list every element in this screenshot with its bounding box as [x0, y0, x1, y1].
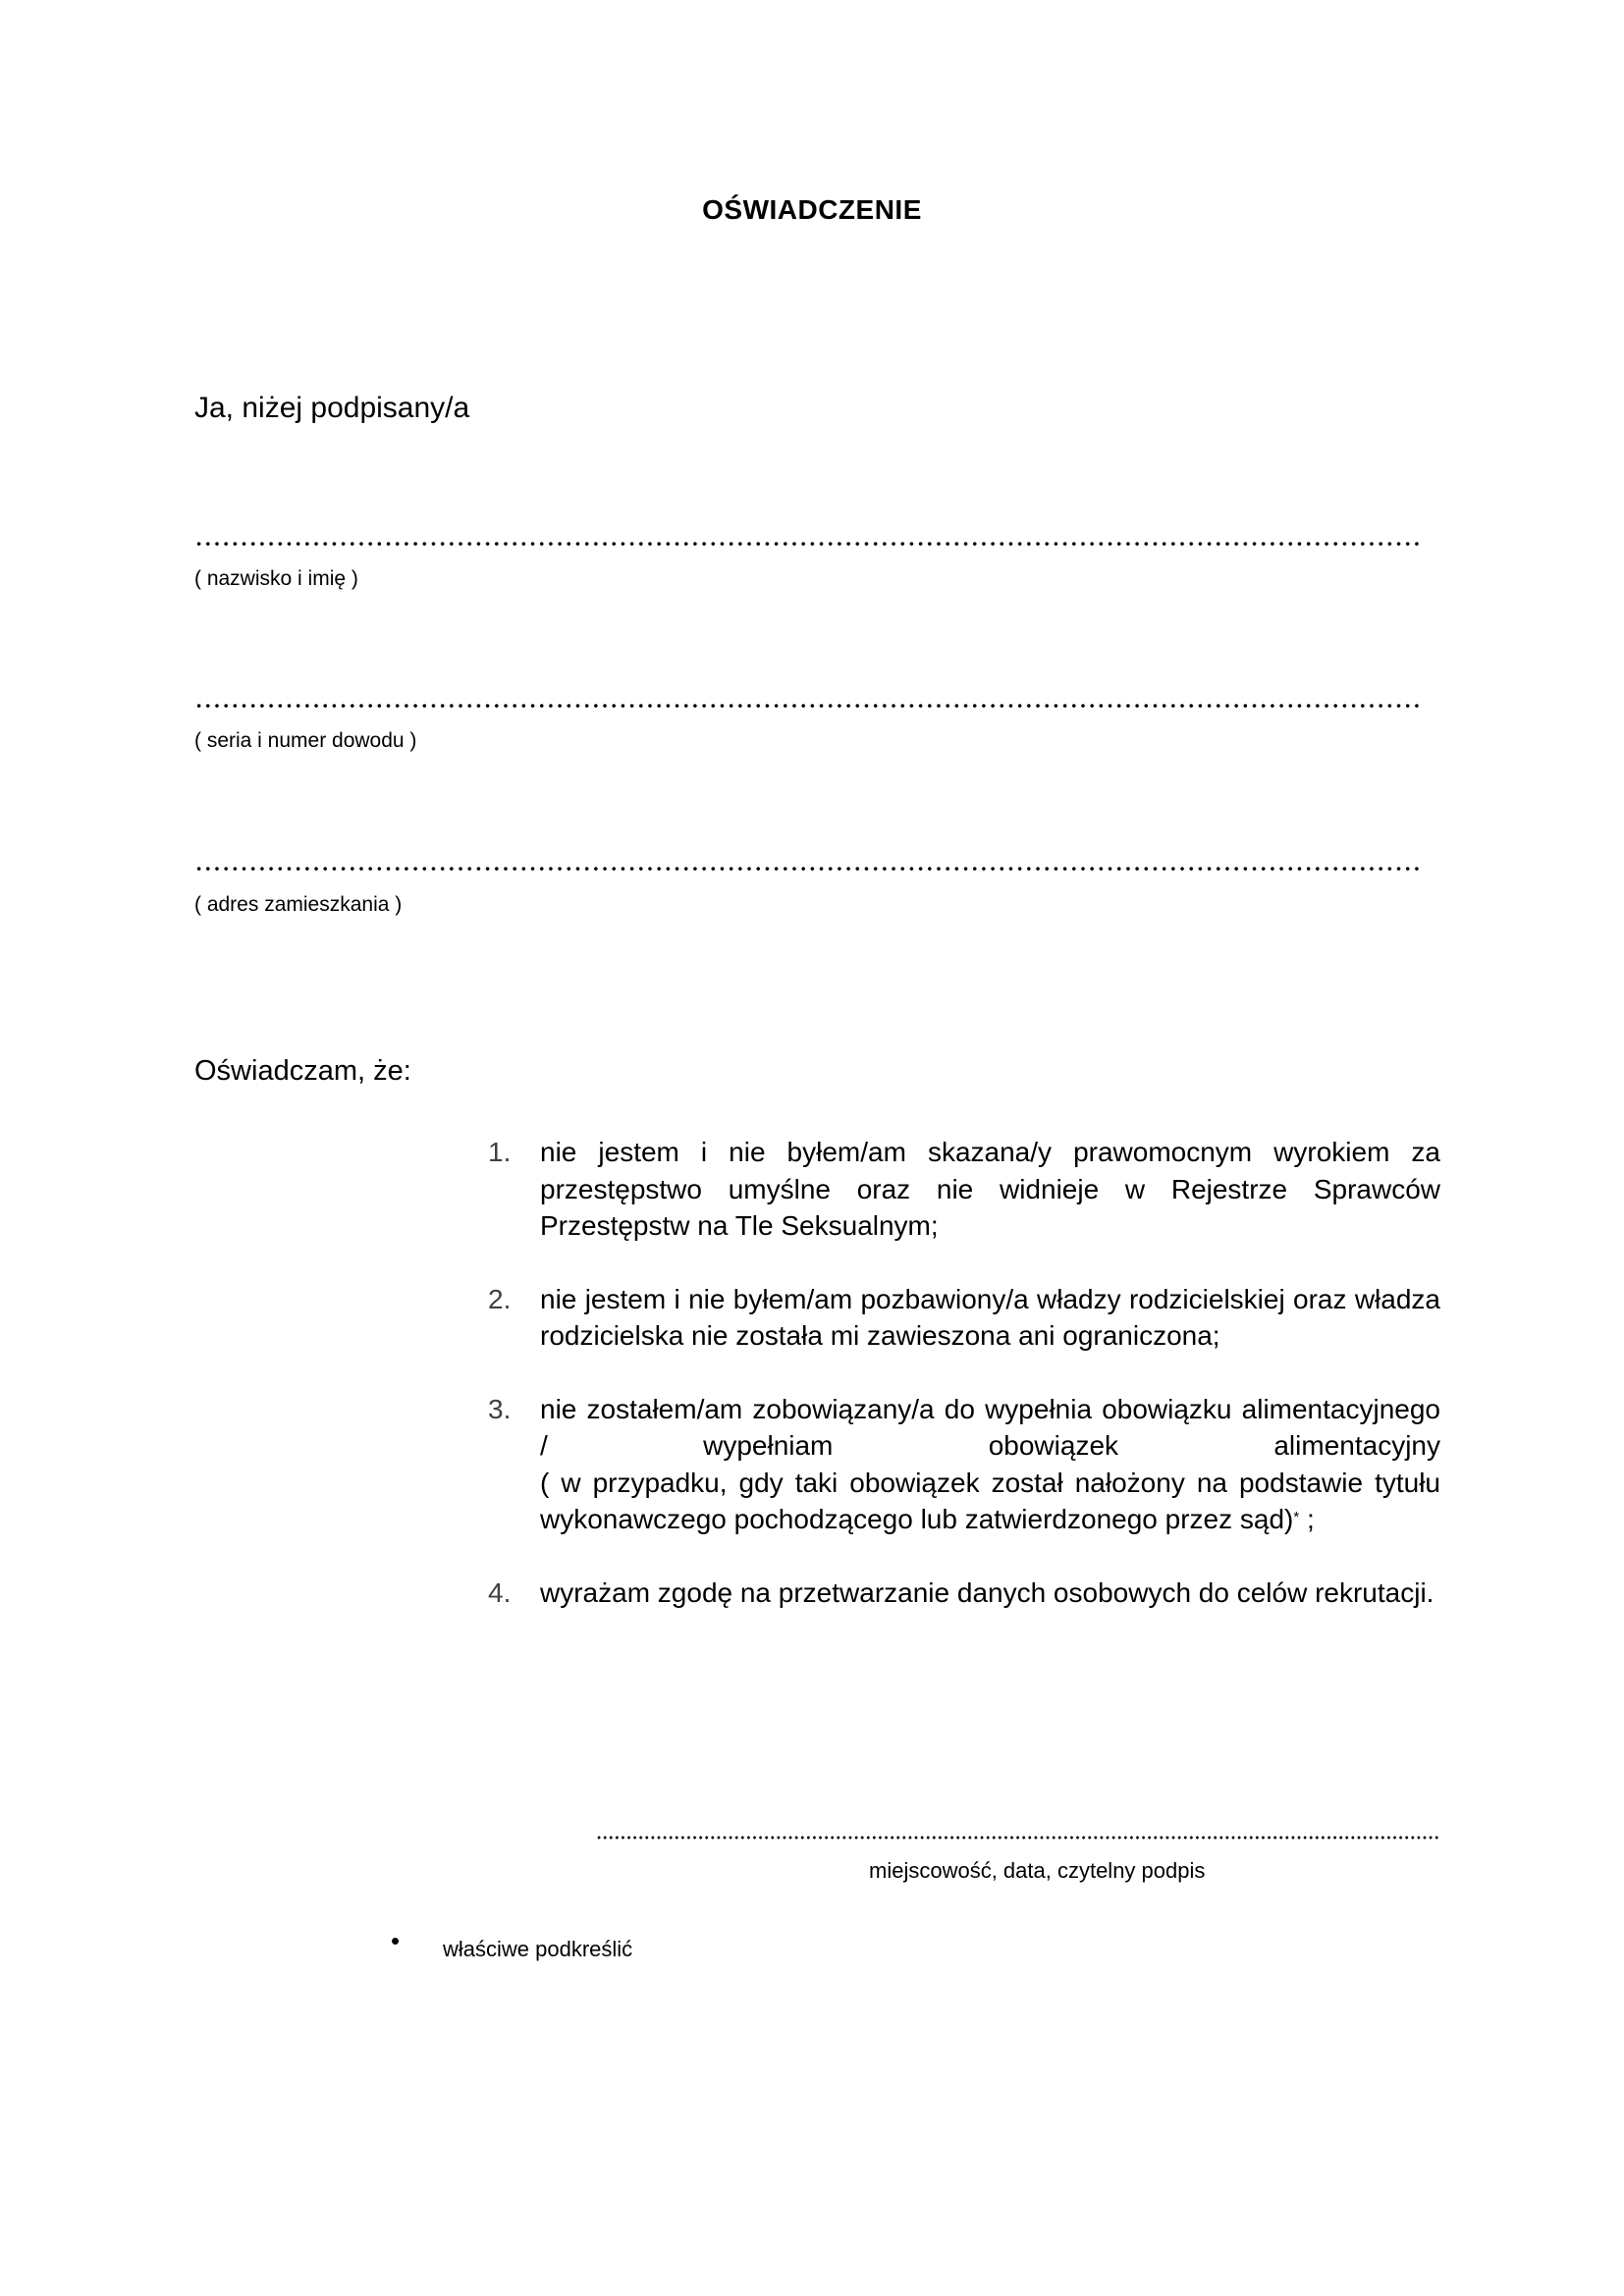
- item-text: nie jestem i nie byłem/am skazana/y praw…: [540, 1134, 1440, 1245]
- footnote-mark: *: [1293, 1509, 1299, 1525]
- item-number: 2.: [488, 1281, 540, 1355]
- option-word[interactable]: wypełniam: [703, 1427, 833, 1465]
- signature-label: miejscowość, data, czytelny podpis: [869, 1858, 1205, 1884]
- footnote-text: właściwe podkreślić: [443, 1937, 632, 1962]
- intro-text: Ja, niżej podpisany/a: [194, 392, 469, 425]
- list-item: 1. nie jestem i nie byłem/am skazana/y p…: [488, 1134, 1440, 1245]
- option-word[interactable]: alimentacyjny: [1273, 1427, 1440, 1465]
- address-fill-line[interactable]: [194, 867, 1424, 871]
- name-fill-line[interactable]: [194, 542, 1424, 546]
- item-tail: ;: [1299, 1504, 1315, 1534]
- address-caption: ( adres zamieszkania ): [194, 893, 402, 917]
- item-number: 3.: [488, 1391, 540, 1538]
- item-number: 1.: [488, 1134, 540, 1245]
- item-line: ( w przypadku, gdy taki obowiązek został…: [540, 1465, 1440, 1538]
- item-number: 4.: [488, 1575, 540, 1612]
- option-word[interactable]: obowiązek: [989, 1427, 1118, 1465]
- item-text: nie zostałem/am zobowiązany/a do wypełni…: [540, 1391, 1440, 1538]
- declaration-intro: Oświadczam, że:: [194, 1055, 411, 1088]
- item-line: / wypełniam obowiązek alimentacyjny: [540, 1427, 1440, 1465]
- document-title: OŚWIADCZENIE: [0, 194, 1624, 226]
- item-text: wyrażam zgodę na przetwarzanie danych os…: [540, 1575, 1440, 1612]
- item-text: nie jestem i nie byłem/am pozbawiony/a w…: [540, 1281, 1440, 1355]
- signature-fill-line[interactable]: [596, 1836, 1440, 1840]
- bullet-icon: •: [391, 1926, 400, 1956]
- id-caption: ( seria i numer dowodu ): [194, 729, 416, 753]
- declaration-list: 1. nie jestem i nie byłem/am skazana/y p…: [488, 1134, 1440, 1647]
- list-item: 4. wyrażam zgodę na przetwarzanie danych…: [488, 1575, 1440, 1612]
- list-item: 2. nie jestem i nie byłem/am pozbawiony/…: [488, 1281, 1440, 1355]
- list-item: 3. nie zostałem/am zobowiązany/a do wype…: [488, 1391, 1440, 1538]
- name-caption: ( nazwisko i imię ): [194, 567, 358, 591]
- id-fill-line[interactable]: [194, 704, 1424, 708]
- option-slash: /: [540, 1427, 548, 1465]
- item-line: nie zostałem/am zobowiązany/a do wypełni…: [540, 1391, 1440, 1428]
